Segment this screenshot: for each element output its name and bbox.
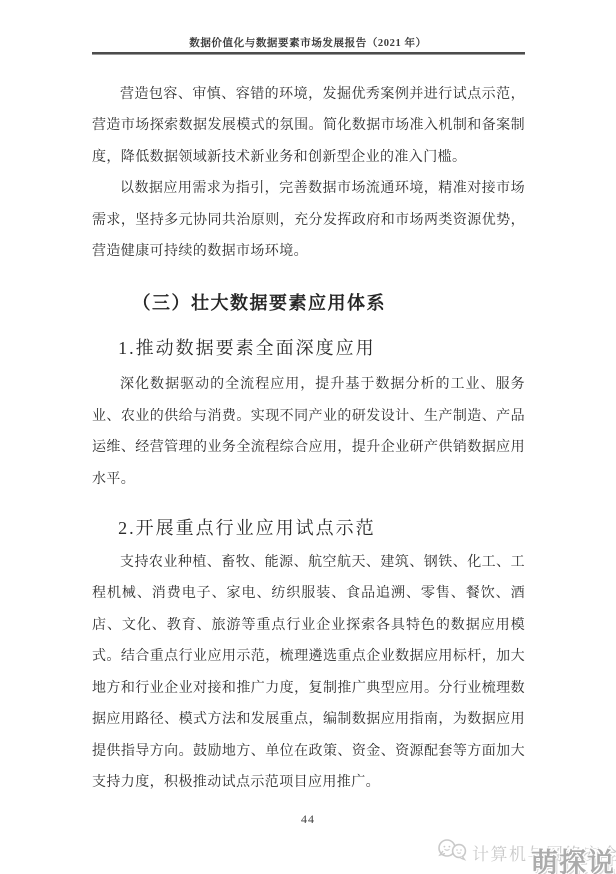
- paragraph-1: 营造包容、审慎、容错的环境，发掘优秀案例并进行试点示范，营造市场探索数据发展模式…: [92, 79, 525, 173]
- sub-heading-2: 2.开展重点行业应用试点示范: [92, 512, 525, 544]
- page-body: 营造包容、审慎、容错的环境，发掘优秀案例并进行试点示范，营造市场探索数据发展模式…: [92, 79, 525, 798]
- paragraph-2: 以数据应用需求为指引，完善数据市场流通环境，精准对接市场需求，坚持多元协同共治原…: [92, 173, 525, 267]
- running-header-title: 数据价值化与数据要素市场发展报告（2021 年）: [0, 35, 616, 50]
- header-rule: [92, 52, 525, 55]
- page-number: 44: [0, 812, 616, 827]
- paragraph-3: 深化数据驱动的全流程应用，提升基于数据分析的工业、服务业、农业的供给与消费。实现…: [92, 369, 525, 495]
- chat-bubbles-icon: [437, 838, 467, 867]
- document-page: 数据价值化与数据要素市场发展报告（2021 年） 营造包容、审慎、容错的环境，发…: [0, 0, 616, 874]
- paragraph-4: 支持农业种植、畜牧、能源、航空航天、建筑、钢铁、化工、工程机械、消费电子、家电、…: [92, 547, 525, 798]
- sub-heading-1: 1.推动数据要素全面深度应用: [92, 332, 525, 364]
- section-heading: （三）壮大数据要素应用体系: [92, 287, 525, 319]
- brand-watermark: 萌探说: [531, 841, 615, 874]
